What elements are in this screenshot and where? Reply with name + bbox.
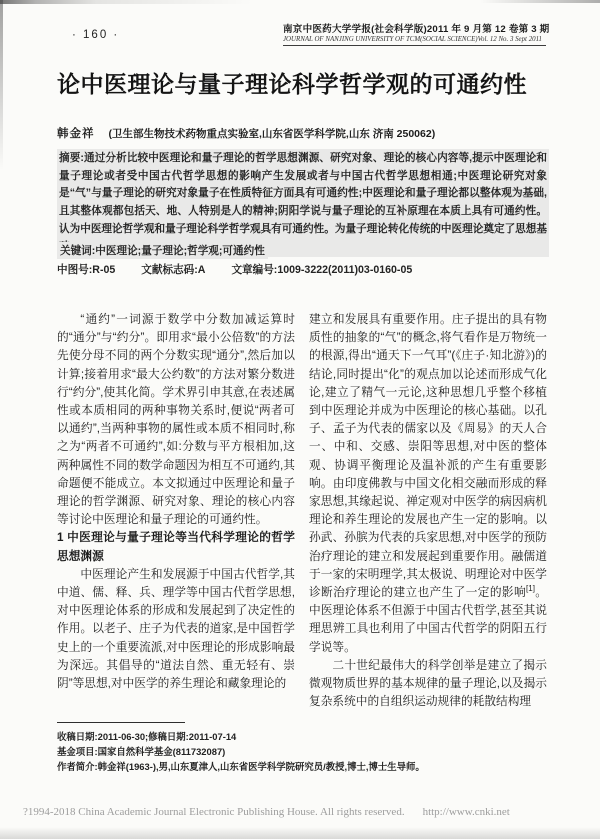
- left-column: “通约”一词源于数学中分数加减运算时的“通分”与“约分”。即用求“最小公倍数”的…: [57, 311, 295, 693]
- author-name: 韩金祥: [57, 128, 95, 140]
- author-line: 韩金祥(卫生部生物技术药物重点实验室,山东省医学科学院,山东 济南 250062…: [57, 125, 547, 141]
- journal-title-cn: 南京中医药大学学报(社会科学版)2011 年 9 月第 12 卷第 3 期: [283, 21, 546, 35]
- author-affiliation: (卫生部生物技术药物重点实验室,山东省医学科学院,山东 济南 250062): [109, 128, 436, 140]
- cnki-watermark: ?1994-2018 China Academic Journal Electr…: [23, 806, 583, 818]
- footnote-fund: 基金项目:国家自然科学基金(811732087): [57, 744, 545, 759]
- section-1-heading: 1 中医理论与量子理论等当代科学理论的哲学思想渊源: [57, 529, 295, 565]
- scan-edge-top-right: [480, 0, 600, 3]
- paragraph-text: 建立和发展具有重要作用。庄子提出的具有物质性的抽象的“气”的概念,将气看作是万物…: [309, 313, 547, 599]
- abstract-text: 摘要:通过分析比较中医理论和量子理论的哲学思想渊源、研究对象、理论的核心内容等,…: [57, 149, 549, 257]
- watermark-copyright: ?1994-2018 China Academic Journal Electr…: [23, 806, 405, 818]
- article-title: 论中医理论与量子理论科学哲学观的可通约性: [57, 66, 547, 99]
- clc-number: 中图号:R-05: [57, 264, 115, 276]
- section-1-paragraph: 中医理论产生和发展源于中国古代哲学,其中道、儒、释、兵、理学等中国古代哲学思想,…: [57, 566, 295, 693]
- section-1-paragraph-continued: 建立和发展具有重要作用。庄子提出的具有物质性的抽象的“气”的概念,将气看作是万物…: [309, 311, 547, 657]
- intro-paragraph: “通约”一词源于数学中分数加减运算时的“通分”与“约分”。即用求“最小公倍数”的…: [57, 311, 295, 529]
- footnote-dates: 收稿日期:2011-06-30;修稿日期:2011-07-14: [57, 729, 545, 744]
- journal-header: 南京中医药大学学报(社会科学版)2011 年 9 月第 12 卷第 3 期 JO…: [283, 21, 546, 46]
- scan-edge-bottom: [0, 827, 600, 839]
- right-column: 建立和发展具有重要作用。庄子提出的具有物质性的抽象的“气”的概念,将气看作是万物…: [309, 311, 547, 711]
- quantum-theory-paragraph: 二十世纪最伟大的科学创举是建立了揭示微观物质世界的基本规律的量子理论,以及揭示复…: [309, 657, 547, 712]
- keywords-line: 关键词:中医理论;量子理论;哲学观;可通约性: [57, 242, 268, 259]
- paper-page: · 160 · 南京中医药大学学报(社会科学版)2011 年 9 月第 12 卷…: [0, 0, 600, 839]
- article-id: 文章编号:1009-3222(2011)03-0160-05: [231, 264, 412, 276]
- footnote-divider: [57, 722, 185, 723]
- watermark-url: http://www.cnki.net: [423, 806, 510, 818]
- citation-ref-1: [1]: [526, 584, 535, 593]
- page-number: · 160 ·: [72, 29, 119, 41]
- scan-edge-left: [0, 0, 3, 170]
- journal-title-en: JOURNAL OF NANJING UNIVERSITY OF TCM(SOC…: [283, 36, 546, 43]
- document-code: 文献标志码:A: [141, 264, 205, 276]
- footnote-author-bio: 作者简介:韩金祥(1963-),男,山东夏津人,山东省医学科学院研究员/教授,博…: [57, 759, 545, 774]
- clc-line: 中图号:R-05文献标志码:A文章编号:1009-3222(2011)03-01…: [57, 262, 545, 277]
- footnote-block: 收稿日期:2011-06-30;修稿日期:2011-07-14 基金项目:国家自…: [57, 722, 545, 775]
